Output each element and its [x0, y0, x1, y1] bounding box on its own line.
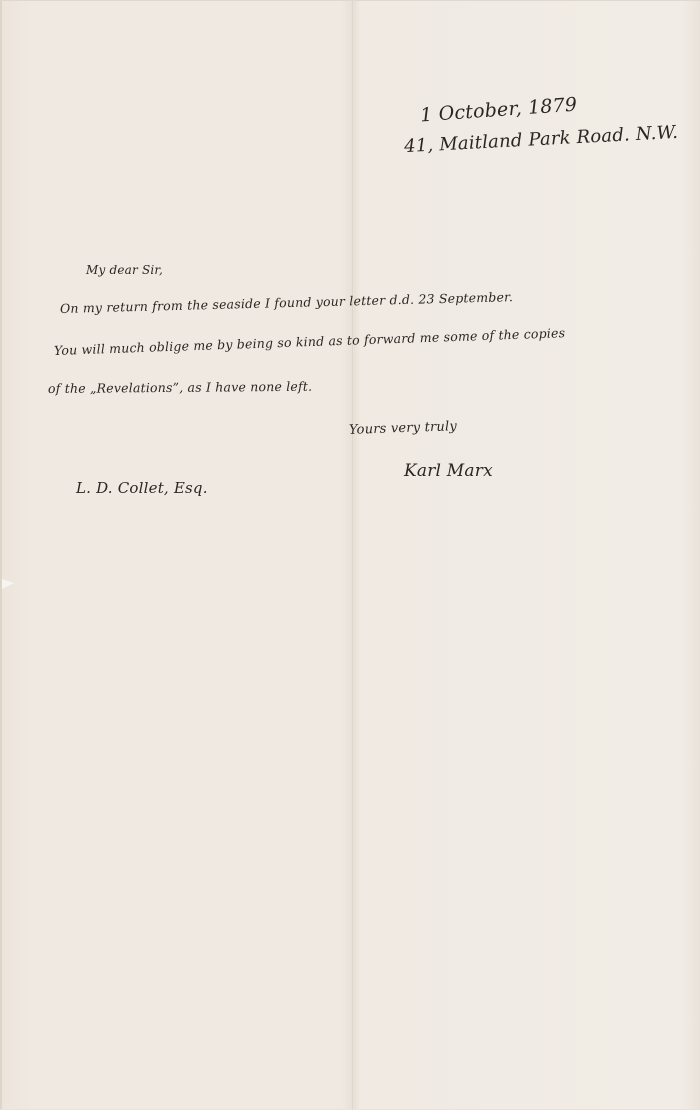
- signature: Karl Marx: [404, 461, 493, 481]
- body-line: On my return from the seaside I found yo…: [60, 289, 513, 316]
- body-line: of the „Revelations”, as I have none lef…: [48, 379, 312, 396]
- paper-fold-line: [352, 1, 354, 1109]
- body-line: You will much oblige me by being so kind…: [54, 325, 566, 358]
- closing: Yours very truly: [349, 419, 457, 438]
- letter-date: 1 October, 1879: [419, 94, 577, 127]
- letter-page: 1 October, 1879 41, Maitland Park Road. …: [0, 0, 700, 1109]
- paper-edge-tear: [2, 579, 14, 589]
- salutation: My dear Sir,: [86, 263, 163, 277]
- addressee: L. D. Collet, Esq.: [76, 479, 208, 497]
- sender-address: 41, Maitland Park Road. N.W.: [404, 122, 679, 157]
